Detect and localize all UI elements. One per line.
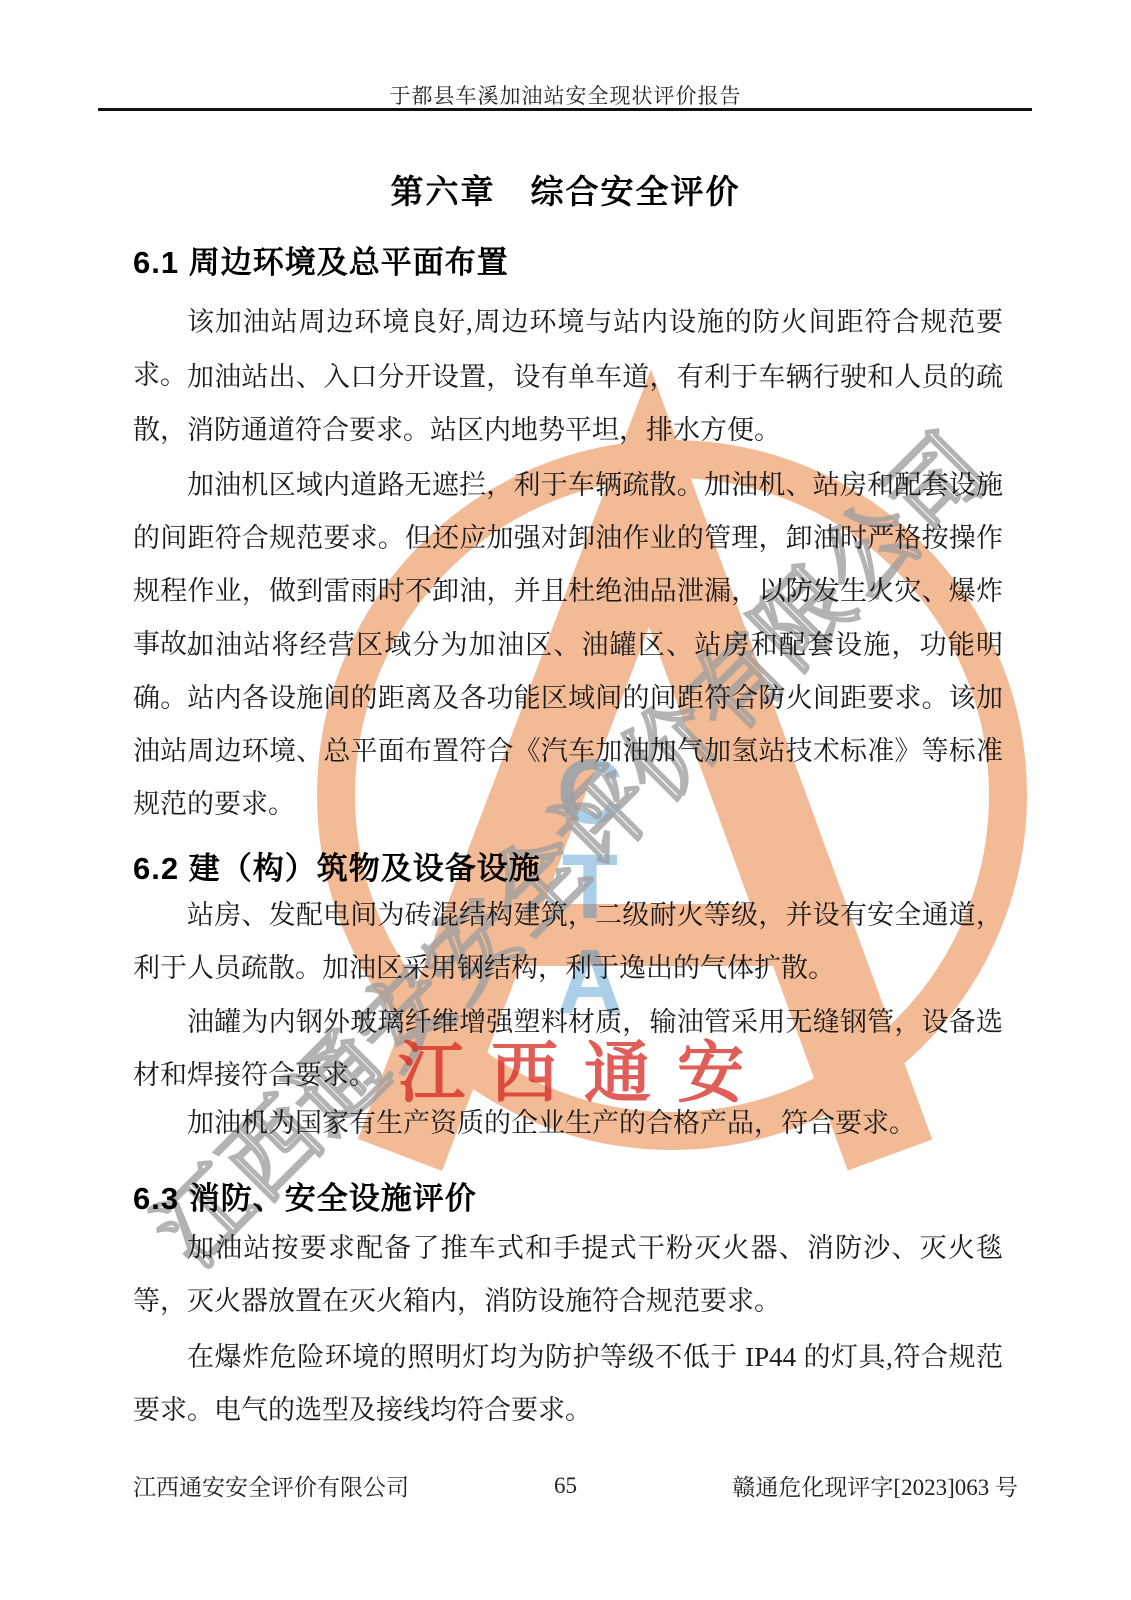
chapter-title: 第六章 综合安全评价	[0, 166, 1131, 213]
page-header-title: 于都县车溪加油站安全现状评价报告	[0, 80, 1131, 110]
paragraph: 站房、发配电间为砖混结构建筑，二级耐火等级，并设有安全通道，利于人员疏散。加油区…	[133, 889, 1003, 995]
paragraph: 加油站按要求配备了推车式和手提式干粉灭火器、消防沙、灭火毯等，灭火器放置在灭火箱…	[133, 1222, 1003, 1328]
footer-report-number: 赣通危化现评字[2023]063 号	[732, 1469, 1018, 1502]
section-heading-6-2: 6.2 建（构）筑物及设备设施	[133, 843, 541, 888]
section-heading-6-1: 6.1 周边环境及总平面布置	[133, 237, 509, 282]
paragraph: 油罐为内钢外玻璃纤维增强塑料材质，输油管采用无缝钢管，设备选材和焊接符合要求。	[133, 996, 1003, 1102]
paragraph: 加油站出、入口分开设置，设有单车道，有利于车辆行驶和人员的疏散，消防通道符合要求…	[133, 351, 1003, 457]
header-rule	[98, 108, 1032, 111]
document-page: C T A 江西通安安全评价有限公司 江西通安 于都县车溪加油站安全现状评价报告…	[0, 0, 1131, 1600]
page-footer: 江西通安安全评价有限公司 65 赣通危化现评字[2023]063 号	[0, 1469, 1131, 1499]
paragraph: 加油站将经营区域分为加油区、油罐区、站房和配套设施，功能明确。站内各设施间的距离…	[133, 619, 1003, 831]
document-content: 于都县车溪加油站安全现状评价报告 第六章 综合安全评价 6.1 周边环境及总平面…	[0, 0, 1131, 1600]
section-heading-6-3: 6.3 消防、安全设施评价	[133, 1173, 477, 1218]
paragraph: 加油机为国家有生产资质的企业生产的合格产品，符合要求。	[133, 1097, 1003, 1150]
paragraph: 在爆炸危险环境的照明灯均为防护等级不低于 IP44 的灯具,符合规范要求。电气的…	[133, 1331, 1003, 1437]
